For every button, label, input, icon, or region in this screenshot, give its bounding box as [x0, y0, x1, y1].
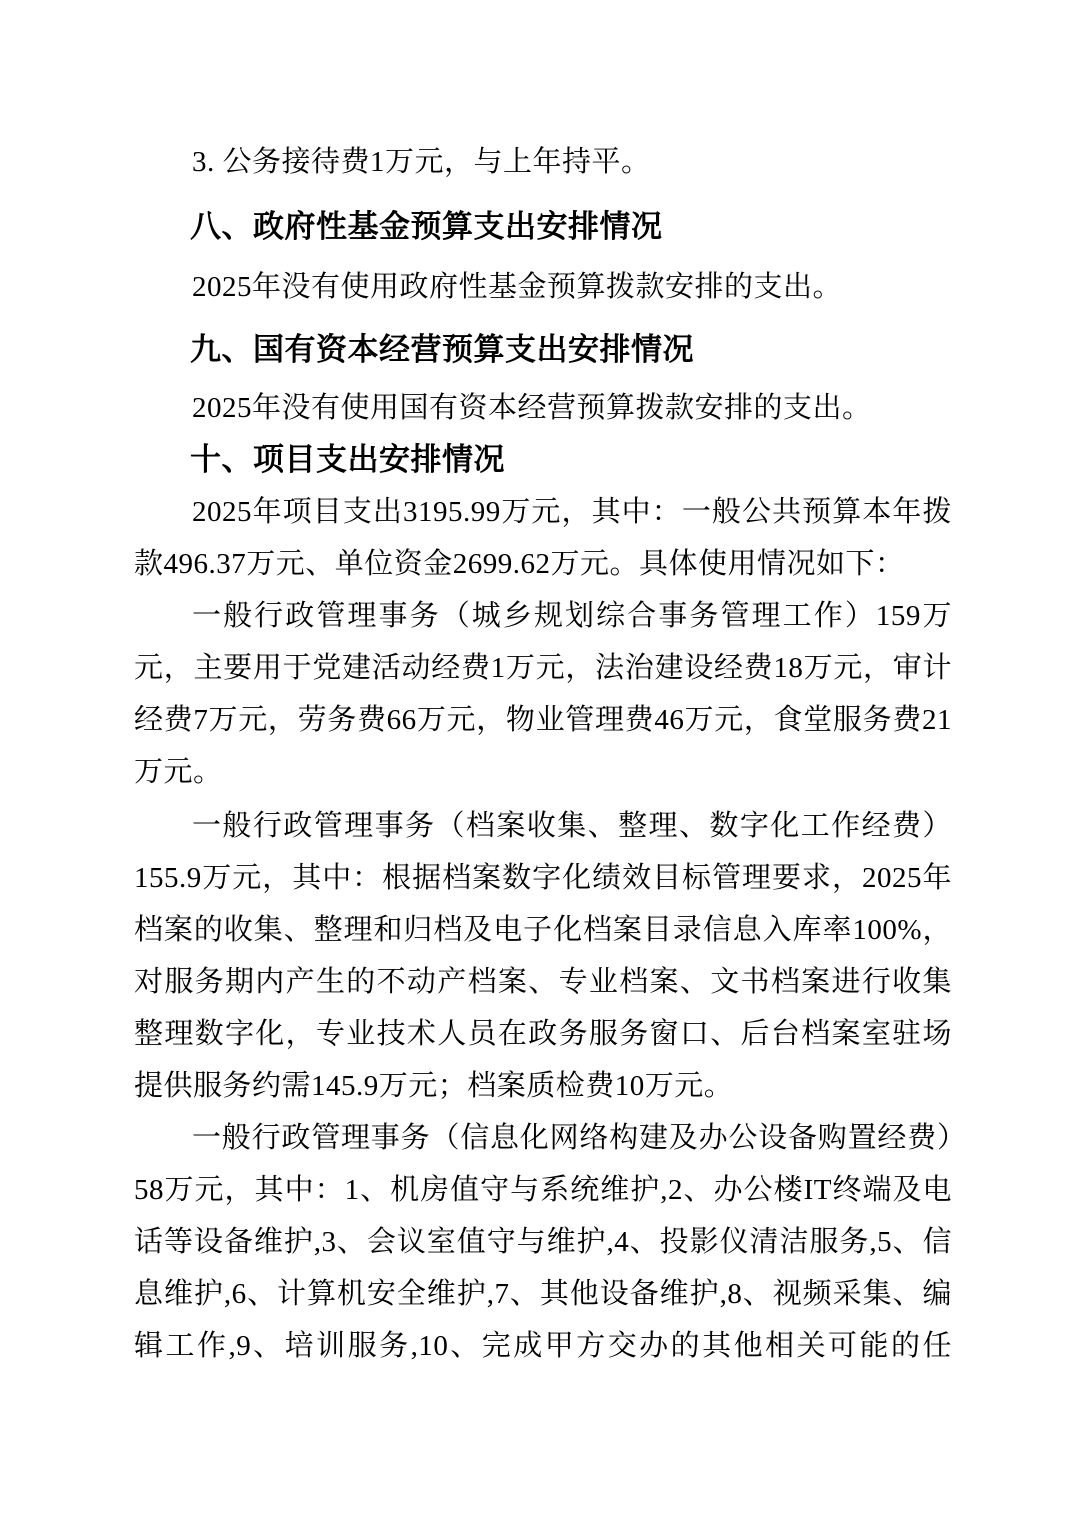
- paragraph-state-capital-budget: 2025年没有使用国有资本经营预算拨款安排的支出。: [134, 382, 952, 434]
- section-heading-project-expenditure: 十、项目支出安排情况: [134, 434, 952, 486]
- paragraph-project-expenditure-intro: 2025年项目支出3195.99万元，其中：一般公共预算本年拨款496.37万元…: [134, 486, 952, 590]
- document-body: 3. 公务接待费1万元，与上年持平。 八、政府性基金预算支出安排情况 2025年…: [134, 0, 952, 1372]
- paragraph-project-urban-planning: 一般行政管理事务（城乡规划综合事务管理工作）159万元，主要用于党建活动经费1万…: [134, 590, 952, 798]
- paragraph-government-fund-budget: 2025年没有使用政府性基金预算拨款安排的支出。: [134, 261, 952, 313]
- paragraph-official-reception-expense: 3. 公务接待费1万元，与上年持平。: [134, 136, 952, 188]
- section-heading-government-fund-budget: 八、政府性基金预算支出安排情况: [134, 201, 952, 253]
- paragraph-project-it-network: 一般行政管理事务（信息化网络构建及办公设备购置经费）58万元，其中：1、机房值守…: [134, 1112, 952, 1372]
- document-page: 3. 公务接待费1万元，与上年持平。 八、政府性基金预算支出安排情况 2025年…: [0, 0, 1075, 1520]
- section-heading-state-capital-budget: 九、国有资本经营预算支出安排情况: [134, 324, 952, 376]
- paragraph-project-archive-digitization: 一般行政管理事务（档案收集、整理、数字化工作经费）155.9万元，其中：根据档案…: [134, 800, 952, 1112]
